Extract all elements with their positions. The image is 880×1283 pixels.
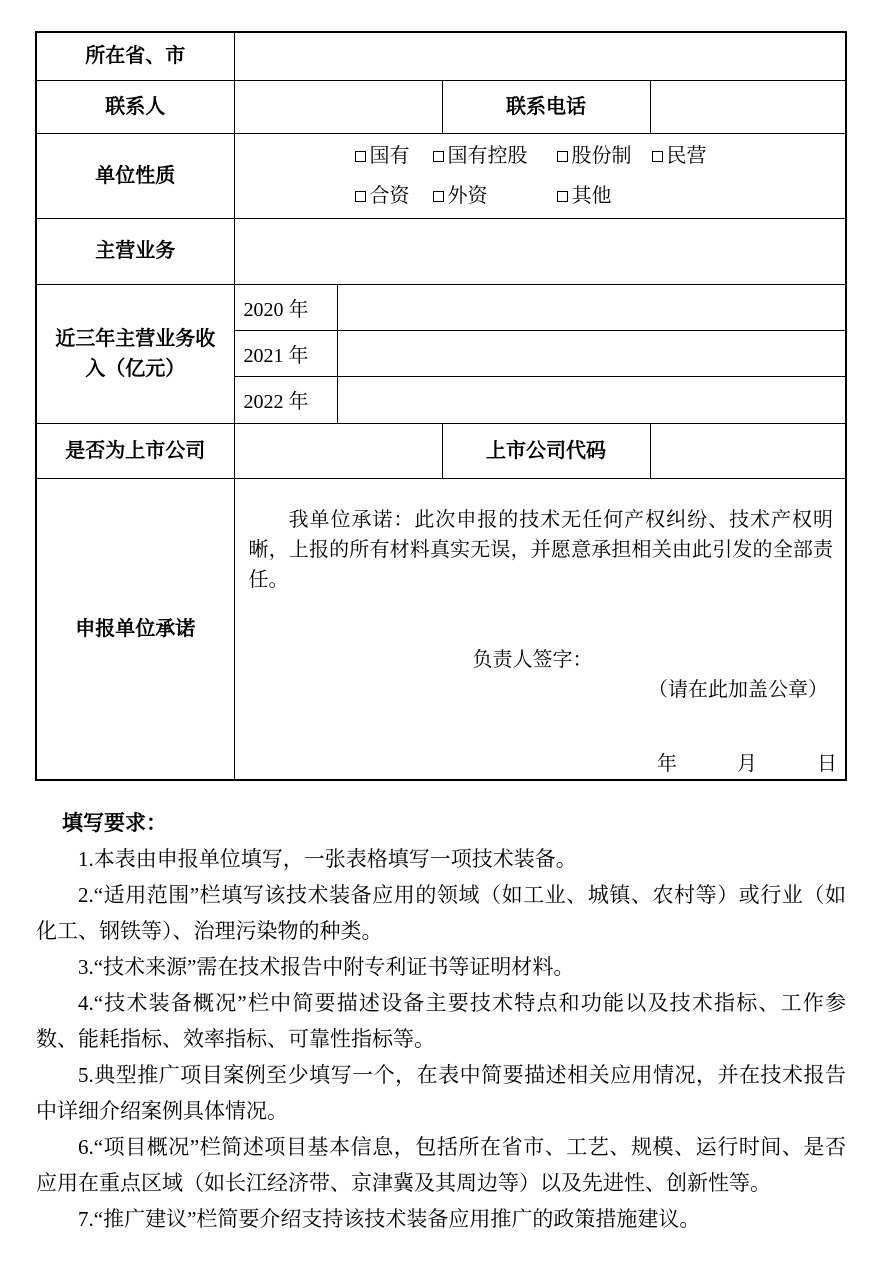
filling-requirements-section: 填写要求： 1.本表由申报单位填写，一张表格填写一项技术装备。 2.“适用范围”… (36, 805, 846, 1237)
row-province: 所在省、市 (36, 32, 846, 80)
checkbox-icon[interactable] (433, 151, 444, 162)
revenue-year-2020-label: 2020 年 (234, 284, 337, 330)
unit-nature-options-line1: 国有国有控股股份制民营 (235, 136, 846, 176)
checkbox-option-label: 其他 (572, 185, 612, 207)
main-business-value-cell[interactable] (234, 218, 846, 284)
filling-requirement-item-5: 5.典型推广项目案例至少填写一个，在表中简要描述相关应用情况，并在技术报告中详细… (36, 1057, 846, 1129)
listed-company-value-cell[interactable] (234, 423, 442, 478)
checkbox-option-label: 国有控股 (448, 145, 528, 167)
checkbox-option-state-holding[interactable]: 国有控股 (433, 136, 557, 176)
checkbox-option-private[interactable]: 民营 (652, 136, 707, 176)
unit-nature-options-cell: 国有国有控股股份制民营 合资外资其他 (234, 133, 846, 218)
commitment-label: 申报单位承诺 (36, 478, 234, 780)
checkbox-option-label: 股份制 (572, 145, 632, 167)
filling-requirement-item-7: 7.“推广建议”栏简要介绍支持该技术装备应用推广的政策措施建议。 (36, 1201, 846, 1237)
province-value-cell[interactable] (234, 32, 846, 80)
application-form-table: 所在省、市 联系人 联系电话 单位性质 国有国有控股股份制民营 合资外资其他 主… (35, 31, 847, 781)
row-contact: 联系人 联系电话 (36, 80, 846, 133)
revenue-year-2021-value-cell[interactable] (337, 330, 846, 376)
checkbox-option-label: 合资 (370, 185, 410, 207)
filling-requirement-item-4: 4.“技术装备概况”栏中简要描述设备主要技术特点和功能以及技术指标、工作参数、能… (36, 985, 846, 1057)
listed-company-label: 是否为上市公司 (36, 423, 234, 478)
revenue-year-2022-label: 2022 年 (234, 376, 337, 423)
main-business-label: 主营业务 (36, 218, 234, 284)
commitment-body-text: 我单位承诺：此次申报的技术无任何产权纠纷、技术产权明晰，上报的所有材料真实无误，… (249, 505, 834, 595)
date-line: 年 月 日 (235, 749, 846, 779)
province-label: 所在省、市 (36, 32, 234, 80)
contact-phone-label: 联系电话 (442, 80, 650, 133)
row-listed-company: 是否为上市公司 上市公司代码 (36, 423, 846, 478)
filling-requirement-item-1: 1.本表由申报单位填写，一张表格填写一项技术装备。 (36, 841, 846, 877)
listed-company-code-value-cell[interactable] (650, 423, 846, 478)
checkbox-option-joint-venture[interactable]: 合资 (355, 176, 433, 216)
unit-nature-options-line2: 合资外资其他 (235, 176, 846, 216)
checkbox-icon[interactable] (652, 151, 663, 162)
row-revenue-2020: 近三年主营业务收入（亿元） 2020 年 (36, 284, 846, 330)
checkbox-option-foreign[interactable]: 外资 (433, 176, 557, 216)
checkbox-icon[interactable] (557, 191, 568, 202)
checkbox-option-joint-stock[interactable]: 股份制 (557, 136, 652, 176)
contact-phone-value-cell[interactable] (650, 80, 846, 133)
checkbox-option-other[interactable]: 其他 (557, 176, 612, 216)
revenue-year-2021-label: 2021 年 (234, 330, 337, 376)
filling-requirement-item-6: 6.“项目概况”栏简述项目基本信息，包括所在省市、工艺、规模、运行时间、是否应用… (36, 1129, 846, 1201)
filling-requirement-item-2: 2.“适用范围”栏填写该技术装备应用的领域（如工业、城镇、农村等）或行业（如化工… (36, 877, 846, 949)
filling-requirements-title: 填写要求： (62, 805, 846, 841)
signature-label: 负责人签字： (473, 645, 846, 675)
contact-value-cell[interactable] (234, 80, 442, 133)
checkbox-icon[interactable] (355, 191, 366, 202)
checkbox-icon[interactable] (355, 151, 366, 162)
checkbox-option-label: 外资 (448, 185, 488, 207)
revenue-year-2022-value-cell[interactable] (337, 376, 846, 423)
checkbox-option-label: 国有 (370, 145, 410, 167)
seal-note: （请在此加盖公章） (235, 675, 846, 705)
row-unit-nature: 单位性质 国有国有控股股份制民营 合资外资其他 (36, 133, 846, 218)
row-main-business: 主营业务 (36, 218, 846, 284)
commitment-content-cell: 我单位承诺：此次申报的技术无任何产权纠纷、技术产权明晰，上报的所有材料真实无误，… (234, 478, 846, 780)
filling-requirement-item-3: 3.“技术来源”需在技术报告中附专利证书等证明材料。 (36, 949, 846, 985)
checkbox-option-state-owned[interactable]: 国有 (355, 136, 433, 176)
revenue-label: 近三年主营业务收入（亿元） (36, 284, 234, 423)
row-commitment: 申报单位承诺 我单位承诺：此次申报的技术无任何产权纠纷、技术产权明晰，上报的所有… (36, 478, 846, 780)
checkbox-option-label: 民营 (667, 145, 707, 167)
checkbox-icon[interactable] (433, 191, 444, 202)
unit-nature-label: 单位性质 (36, 133, 234, 218)
checkbox-icon[interactable] (557, 151, 568, 162)
revenue-year-2020-value-cell[interactable] (337, 284, 846, 330)
listed-company-code-label: 上市公司代码 (442, 423, 650, 478)
contact-label: 联系人 (36, 80, 234, 133)
